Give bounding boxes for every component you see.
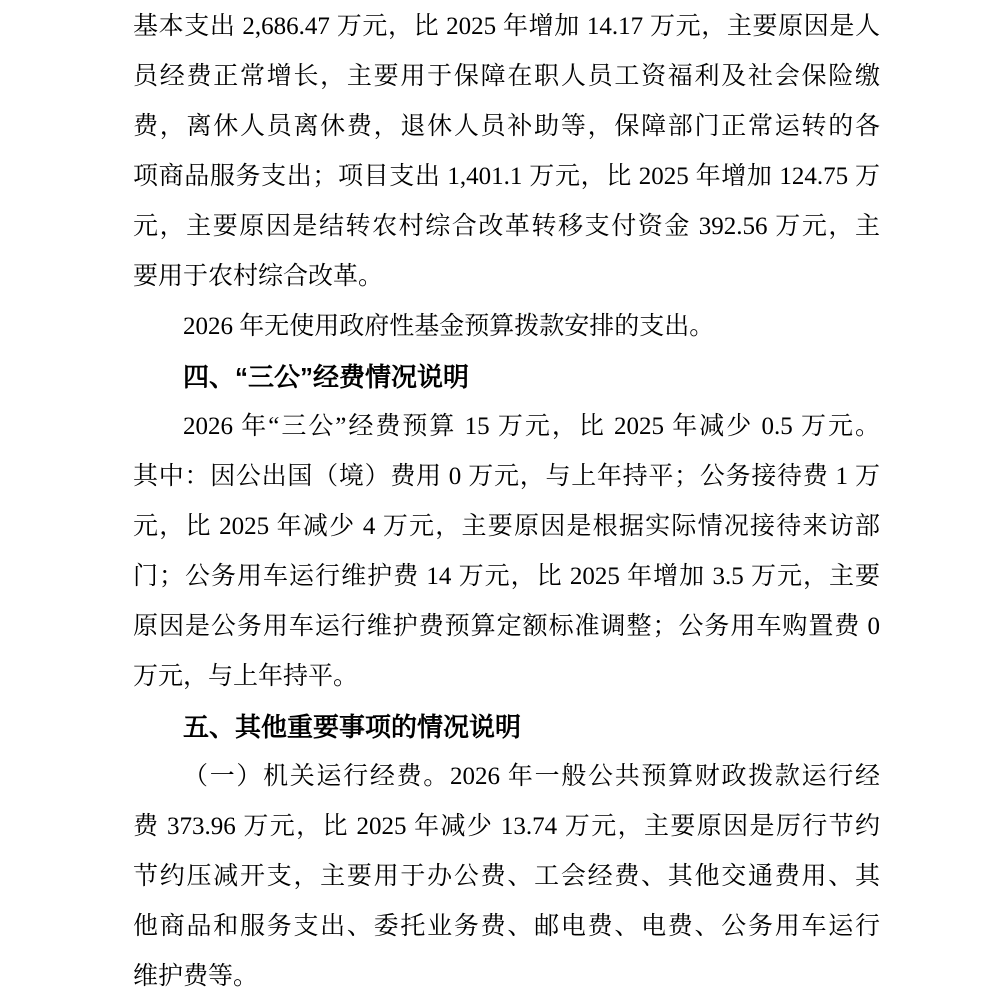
text-line: 要用于农村综合改革。 xyxy=(133,252,880,302)
section-heading: 五、其他重要事项的情况说明 xyxy=(133,702,880,752)
text-line: 万元，与上年持平。 xyxy=(133,652,880,702)
text-line: 原因是公务用车运行维护费预算定额标准调整；公务用车购置费 0 xyxy=(133,602,880,652)
text-line: 项商品服务支出；项目支出 1,401.1 万元，比 2025 年增加 124.7… xyxy=(133,152,880,202)
section-heading: 四、“三公”经费情况说明 xyxy=(133,352,880,402)
text-line: 费，离休人员离休费，退休人员补助等，保障部门正常运转的各 xyxy=(133,102,880,152)
text-line: （一）机关运行经费。2026 年一般公共预算财政拨款运行经 xyxy=(133,752,880,802)
text-line: 费 373.96 万元，比 2025 年减少 13.74 万元，主要原因是厉行节… xyxy=(133,802,880,852)
text-line: 元，主要原因是结转农村综合改革转移支付资金 392.56 万元，主 xyxy=(133,202,880,252)
text-line: 节约压减开支，主要用于办公费、工会经费、其他交通费用、其 xyxy=(133,852,880,902)
text-line: 其中：因公出国（境）费用 0 万元，与上年持平；公务接待费 1 万 xyxy=(133,452,880,502)
document-page: 基本支出 2,686.47 万元，比 2025 年增加 14.17 万元，主要原… xyxy=(0,0,1000,1002)
text-line: 2026 年无使用政府性基金预算拨款安排的支出。 xyxy=(133,302,880,352)
text-line: 他商品和服务支出、委托业务费、邮电费、电费、公务用车运行 xyxy=(133,902,880,952)
text-line: 维护费等。 xyxy=(133,952,880,1002)
text-line: 2026 年“三公”经费预算 15 万元，比 2025 年减少 0.5 万元。 xyxy=(133,402,880,452)
text-line: 元，比 2025 年减少 4 万元，主要原因是根据实际情况接待来访部 xyxy=(133,502,880,552)
text-line: 基本支出 2,686.47 万元，比 2025 年增加 14.17 万元，主要原… xyxy=(133,2,880,52)
text-line: 门；公务用车运行维护费 14 万元，比 2025 年增加 3.5 万元，主要 xyxy=(133,552,880,602)
text-line: 员经费正常增长，主要用于保障在职人员工资福利及社会保险缴 xyxy=(133,52,880,102)
